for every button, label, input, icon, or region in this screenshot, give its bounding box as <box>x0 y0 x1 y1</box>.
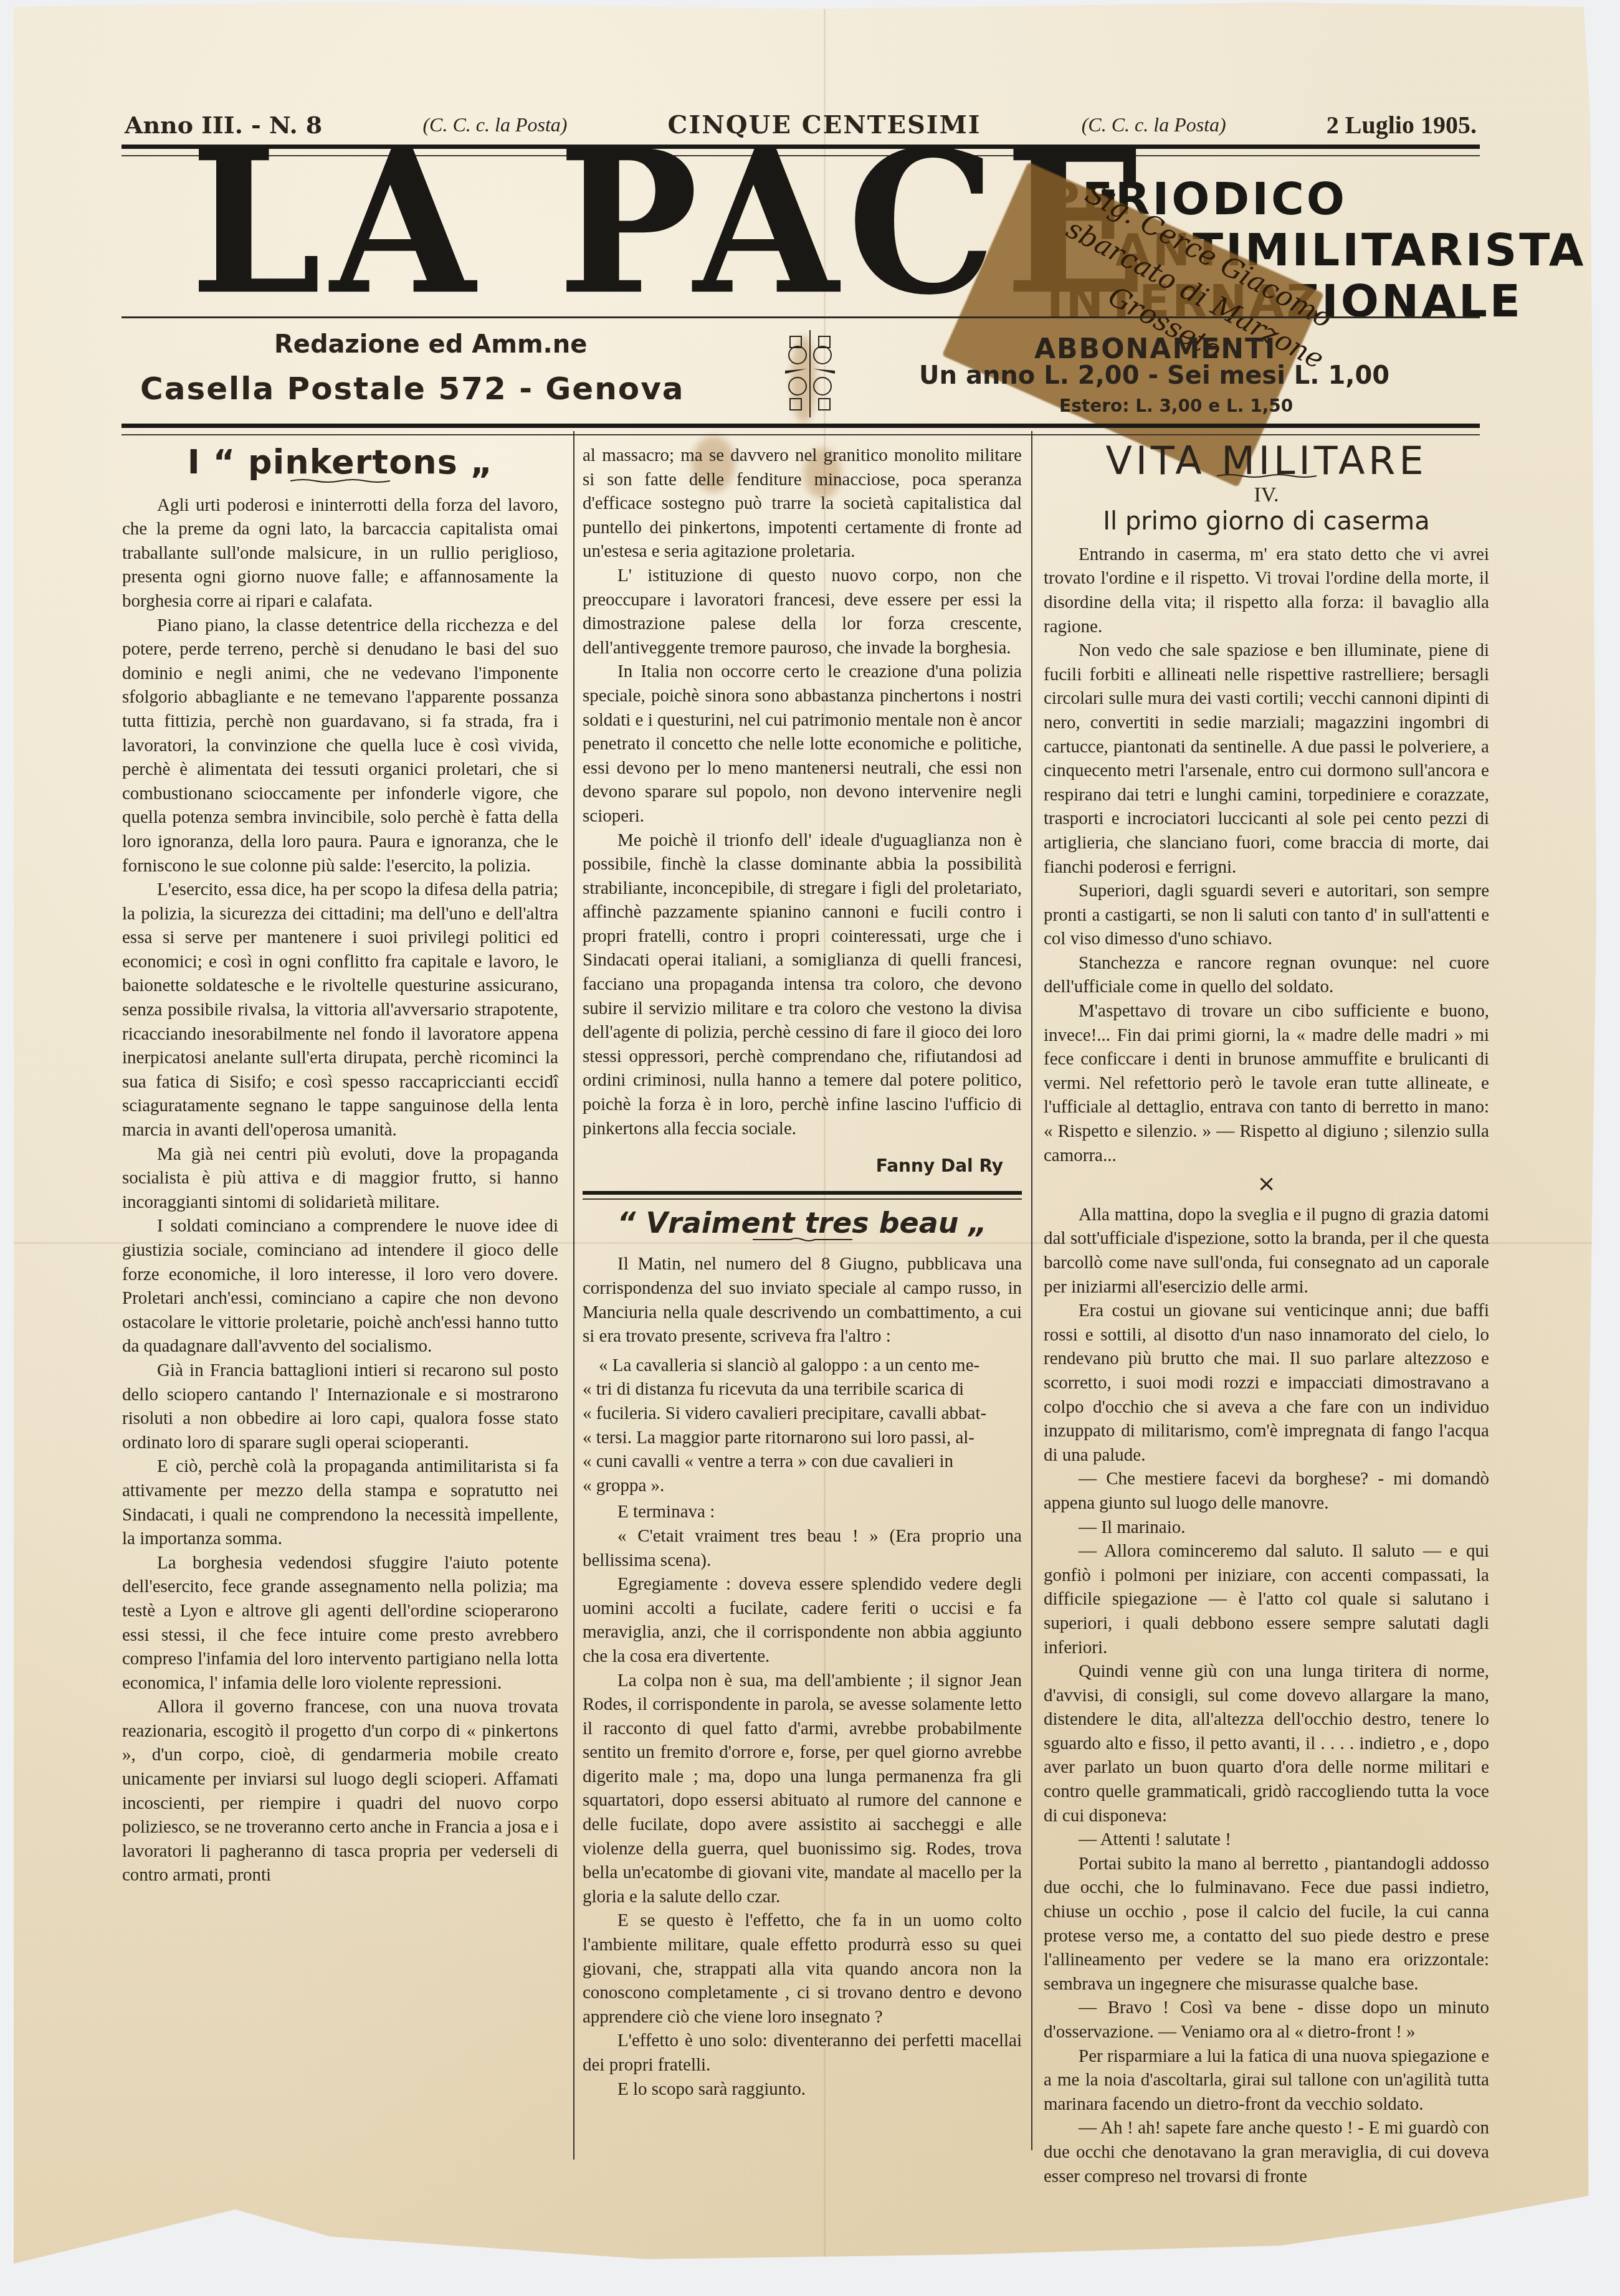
article-separator <box>583 1191 1022 1200</box>
column-2: al massacro; ma se davvero nel granitico… <box>583 444 1022 2101</box>
paragraph: — Allora cominceremo dal saluto. Il salu… <box>1044 1539 1489 1659</box>
editorial-office-label: Redazione ed Amm.ne <box>274 330 587 359</box>
section-break-mark: × <box>1044 1172 1489 1197</box>
paragraph: E lo scopo sarà raggiunto. <box>583 2077 1022 2102</box>
paragraph: al massacro; ma se davvero nel granitico… <box>583 444 1022 564</box>
paragraph: — Attenti ! salutate ! <box>1044 1828 1489 1852</box>
column-1: I “ pinkertons „ Agli urti poderosi e in… <box>122 445 558 1887</box>
installment-number: IV. <box>1044 483 1489 508</box>
paragraph: Stanchezza e rancore regnan ovunque: nel… <box>1044 951 1489 999</box>
column-divider <box>573 431 574 2160</box>
issue-date: 2 Luglio 1905. <box>1327 110 1477 140</box>
article-subtitle: Il primo giorno di caserma <box>1044 510 1489 534</box>
paragraph: E ciò, perchè colà la propaganda antimil… <box>122 1454 558 1550</box>
paragraph: I soldati cominciano a comprendere le nu… <box>122 1214 558 1359</box>
paragraph: In Italia non occorre certo le creazione… <box>583 660 1022 828</box>
paragraph: « C'etait vraiment tres beau ! » (Era pr… <box>583 1524 1022 1572</box>
article-title-vraiment: “ Vraiment tres beau „ <box>583 1211 1022 1235</box>
foreign-subscription-prices: Estero: L. 3,00 e L. 1,50 <box>1059 396 1293 416</box>
subscription-label: ABBONAMENTI <box>1034 333 1276 365</box>
ornament-icon <box>773 324 847 424</box>
subscription-prices: Un anno L. 2,00 - Sei mesi L. 1,00 <box>919 361 1389 390</box>
paragraph: Non vedo che sale spaziose e ben illumin… <box>1044 638 1489 879</box>
paragraph: E se questo è l'effetto, che fa in un uo… <box>583 1909 1022 2029</box>
block-quote: « La cavalleria si slanciò al galoppo : … <box>583 1354 1022 1498</box>
paragraph: La borghesia vedendosi sfuggire l'aiuto … <box>122 1551 558 1696</box>
paragraph: Egregiamente : doveva essere splendido v… <box>583 1572 1022 1668</box>
paragraph: Alla mattina, dopo la sveglia e il pugno… <box>1044 1203 1489 1299</box>
paragraph: Piano piano, la classe detentrice della … <box>122 614 558 878</box>
article-title-pinkertons: I “ pinkertons „ <box>122 450 558 475</box>
paragraph: Il Matin, nel numero del 8 Giugno, pubbl… <box>583 1252 1022 1348</box>
column-3: VITA MILITARE IV. Il primo giorno di cas… <box>1044 445 1489 2188</box>
paragraph: — Che mestiere facevi da borghese? - mi … <box>1044 1467 1489 1515</box>
paragraph: Superiori, dagli sguardi severi e autori… <box>1044 879 1489 951</box>
paragraph: Entrando in caserma, m' era stato detto … <box>1044 543 1489 638</box>
masthead-mid-rule <box>121 316 1480 318</box>
paragraph: Ma già nei centri più evoluti, dove la p… <box>122 1142 558 1215</box>
paragraph: L' istituzione di questo nuovo corpo, no… <box>583 564 1022 660</box>
paragraph: — Bravo ! Così va bene - disse dopo un m… <box>1044 1996 1489 2044</box>
column-divider <box>1031 431 1032 2150</box>
postal-address: Casella Postale 572 - Genova <box>140 371 685 407</box>
author-signature: Fanny Dal Ry <box>583 1154 1003 1179</box>
paragraph: Allora il governo francese, con una nuov… <box>122 1695 558 1887</box>
paragraph: L'effetto è uno solo: diventeranno dei p… <box>583 2029 1022 2077</box>
paragraph: M'aspettavo di trovare un cibo sufficien… <box>1044 999 1489 1167</box>
paragraph: — Il marinaio. <box>1044 1516 1489 1540</box>
paragraph: L'esercito, essa dice, ha per scopo la d… <box>122 878 558 1142</box>
paragraph: — Ah ! ah! sapete fare anche questo ! - … <box>1044 2116 1489 2188</box>
paragraph: Portai subito la mano al berretto , pian… <box>1044 1852 1489 1996</box>
masthead-bottom-rule <box>121 424 1480 435</box>
paragraph: E terminava : <box>583 1500 1022 1524</box>
paragraph: Me poichè il trionfo dell' ideale d'ugua… <box>583 828 1022 1141</box>
paragraph: Già in Francia battaglioni intieri si re… <box>122 1359 558 1454</box>
paragraph: Era costui un giovane sui venticinque an… <box>1044 1299 1489 1467</box>
paragraph: Agli urti poderosi e ininterrotti della … <box>122 493 558 614</box>
paragraph: Quindi venne giù con una lunga tiritera … <box>1044 1659 1489 1828</box>
paragraph: La colpa non è sua, ma dell'ambiente ; i… <box>583 1669 1022 1909</box>
paragraph: Per risparmiare a lui la fatica di una n… <box>1044 2044 1489 2117</box>
article-title-vita-militare: VITA MILITARE <box>1044 449 1489 473</box>
